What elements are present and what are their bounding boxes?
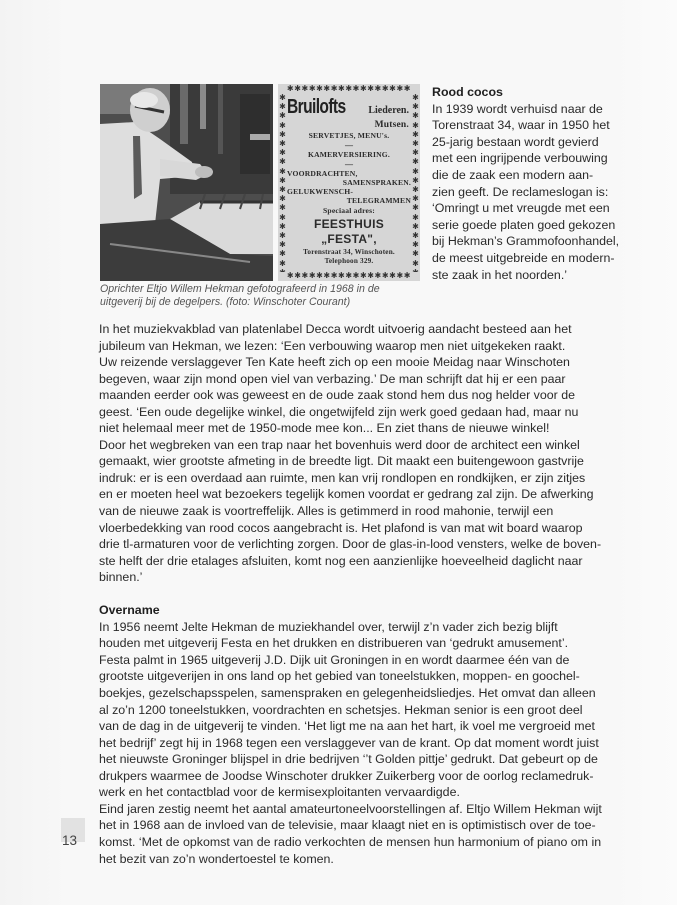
section-overname: Overname In 1956 neemt Jelte Hekman de m…	[99, 602, 659, 867]
ad-line-samenspraken: SAMENSPRAKEN.	[287, 179, 411, 187]
text-line: begeven, waar zijn mond open viel van ve…	[99, 371, 659, 388]
ad-line-kamerversiering: KAMERVERSIERING.	[287, 150, 411, 160]
sidebar-text: In 1939 wordt verhuisd naar de Torenstra…	[432, 101, 647, 284]
text-line: het in 1968 aan de invloed van de televi…	[99, 817, 659, 834]
sidebar-column: Rood cocos In 1939 wordt verhuisd naar d…	[432, 84, 647, 283]
text-line: jubileum van Hekman, we lezen: ‘Een verb…	[99, 338, 659, 355]
ad-line-mutsen: Mutsen.	[287, 120, 411, 131]
text-line: en er moeten heel wat bezoekers tegelijk…	[99, 486, 659, 503]
text-line: indruk: er is een overdaad aan ruimte, m…	[99, 470, 659, 487]
paragraph-overname: In 1956 neemt Jelte Hekman de muziekhand…	[99, 619, 659, 867]
ad-line-telephone: Telephoon 329.	[287, 257, 411, 266]
text-line: de meest uitgebreide en modern-	[432, 250, 647, 267]
ad-line-gelukwensch: GELUKWENSCH-	[287, 187, 411, 196]
book-page: ✱✱✱✱✱✱✱✱✱✱✱✱✱✱✱✱✱ ✱✱✱✱✱✱✱✱✱✱✱✱✱✱✱✱✱ ✱✱✱✱…	[0, 0, 677, 905]
text-line: met een ingrijpende verbouwing	[432, 150, 647, 167]
page-number: 13	[62, 833, 77, 848]
text-line: houden met uitgeverij Festa en het drukk…	[99, 635, 659, 652]
text-line: het bedrijf’ zegt hij in 1968 tegen een …	[99, 735, 659, 752]
text-line: geest. ‘Een oude degelijke winkel, die o…	[99, 404, 659, 421]
ad-border-top: ✱✱✱✱✱✱✱✱✱✱✱✱✱✱✱✱✱	[280, 85, 418, 93]
text-line: drukpers waarmee de Joodse Winschoter dr…	[99, 768, 659, 785]
caption-line: Oprichter Eltjo Willem Hekman gefotograf…	[100, 283, 425, 296]
text-line: al zo’n 1200 toneelstukken, voordrachten…	[99, 702, 659, 719]
text-line: In 1956 neemt Jelte Hekman de muziekhand…	[99, 619, 659, 636]
festa-advertisement: ✱✱✱✱✱✱✱✱✱✱✱✱✱✱✱✱✱ ✱✱✱✱✱✱✱✱✱✱✱✱✱✱✱✱✱ ✱✱✱✱…	[278, 84, 420, 281]
ad-line-feesthuis: FEESTHUIS „FESTA",	[287, 217, 411, 247]
text-line: ‘Omringt u met vreugde met een	[432, 200, 647, 217]
text-line: ste helft der drie etalages afsluiten, k…	[99, 553, 659, 570]
text-line: zien geeft. De reclameslogan is:	[432, 184, 647, 201]
ad-brand: Bruilofts	[287, 96, 346, 119]
ad-line-address: Torenstraat 34, Winschoten.	[287, 247, 411, 257]
ad-border-left: ✱✱✱✱✱✱✱✱✱✱✱✱✱✱✱✱✱✱✱✱	[279, 93, 286, 272]
text-line: maanden eerder ook was geweest en de oud…	[99, 387, 659, 404]
ad-line-speciaal: Speciaal adres:	[287, 205, 411, 217]
ad-brand-side: Liederen.	[368, 105, 409, 116]
text-line: gemaakt, wier grootste afmeting in de br…	[99, 453, 659, 470]
text-line: die de zaak een modern aan-	[432, 167, 647, 184]
ad-dash: —	[287, 141, 411, 150]
text-line: boekjes, gezelschapsspelen, samenspraken…	[99, 685, 659, 702]
text-line: 25-jarig bestaan wordt gevierd	[432, 134, 647, 151]
text-line: het nieuwste Groninger blijspel in drie …	[99, 751, 659, 768]
text-line: komst. ‘Met de opkomst van de radio verk…	[99, 834, 659, 851]
caption-line: uitgeverij bij de degelpers. (foto: Wins…	[100, 296, 425, 309]
photo-caption: Oprichter Eltjo Willem Hekman gefotograf…	[100, 283, 425, 309]
text-line: Festa palmt in 1965 uitgeverij J.D. Dijk…	[99, 652, 659, 669]
ad-border-right: ✱✱✱✱✱✱✱✱✱✱✱✱✱✱✱✱✱✱✱✱	[412, 93, 419, 272]
paragraph-decca: In het muziekvakblad van platenlabel Dec…	[99, 321, 659, 586]
section-heading-overname: Overname	[99, 602, 659, 619]
section-heading-rood-cocos: Rood cocos	[432, 84, 647, 101]
text-line: grootste uitgeverijen in ons land op het…	[99, 668, 659, 685]
text-line: In het muziekvakblad van platenlabel Dec…	[99, 321, 659, 338]
text-line: drie tl-armaturen voor de verlichting zo…	[99, 536, 659, 553]
ad-line-servetjes: SERVETJES, MENU's.	[287, 131, 411, 141]
text-line: vloerbedekking van rood cocos aangebrach…	[99, 520, 659, 537]
text-line: van de dag in de uitgeverij te vinden. ‘…	[99, 718, 659, 735]
ad-line-telegrammen: TELEGRAMMEN	[287, 196, 411, 205]
text-line: bij Hekman’s Grammofoonhandel,	[432, 233, 647, 250]
historical-photo-printing-press	[100, 84, 273, 281]
ad-border-bottom: ✱✱✱✱✱✱✱✱✱✱✱✱✱✱✱✱✱	[280, 272, 418, 280]
text-line: ste zaak in het noorden.’	[432, 267, 647, 284]
text-line: van de nieuwe zaak is voortreffelijk. Al…	[99, 503, 659, 520]
text-line: Uw reizende verslaggever Ten Kate heeft …	[99, 354, 659, 371]
text-line: Door het wegbreken van een trap naar het…	[99, 437, 659, 454]
photo-illustration	[100, 84, 273, 281]
text-line: werk en het contactblad voor de kermisex…	[99, 784, 659, 801]
ad-dash: —	[287, 160, 411, 169]
text-line: Torenstraat 34, waar in 1950 het	[432, 117, 647, 134]
text-line: niet helemaal meer met de 1950-mode mee …	[99, 420, 659, 437]
text-line: Eind jaren zestig neemt het aantal amate…	[99, 801, 659, 818]
text-line: het bezit van zo’n wondertoestel te kome…	[99, 851, 659, 868]
text-line: serie goede platen goed gekozen	[432, 217, 647, 234]
main-body-text: In het muziekvakblad van platenlabel Dec…	[99, 321, 659, 867]
text-line: binnen.’	[99, 569, 659, 586]
text-line: In 1939 wordt verhuisd naar de	[432, 101, 647, 118]
